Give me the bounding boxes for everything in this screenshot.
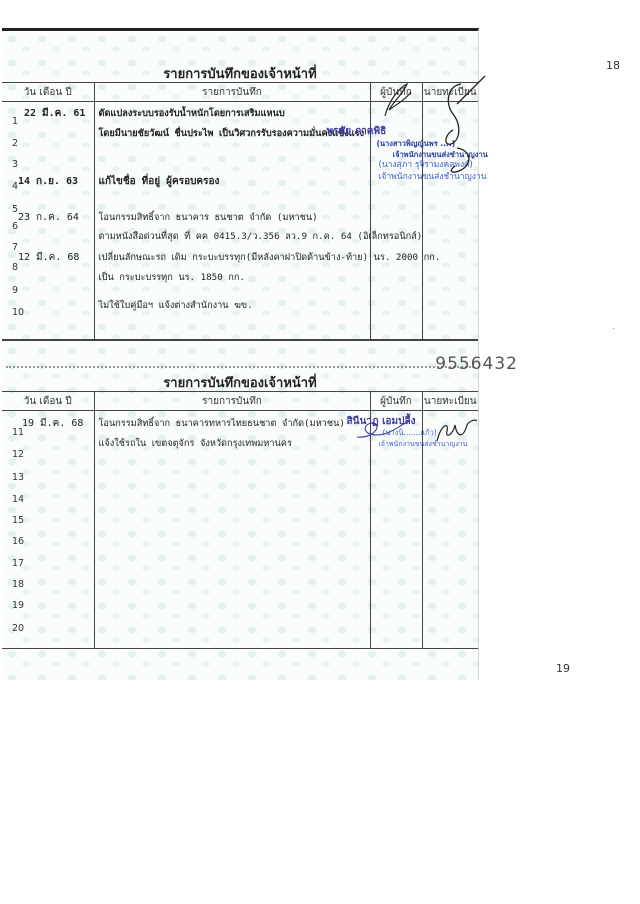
entry-date: 12 มี.ค. 68 <box>18 250 79 265</box>
table-bottom-rule <box>2 339 478 341</box>
document-serial-number: 9556432 <box>435 354 518 374</box>
page-number: 18 <box>606 59 620 72</box>
officer-log-table: วัน เดือน ปี รายการบันทึก ผู้บันทึก นายท… <box>2 391 478 649</box>
entry-line: แก้ไขชื่อ ที่อยู่ ผู้ครอบครอง <box>99 174 220 189</box>
column-header-entry: รายการบันทึก <box>94 83 370 102</box>
entry-date: 14 ก.ย. 63 <box>18 174 78 189</box>
registrar-stamp-line: เจ้าพนักงานขนส่งชำนาญงาน <box>379 439 468 450</box>
line-number: 17 <box>12 558 24 569</box>
entry-line: โอนกรรมสิทธิ์จาก ธนาคาร ธนชาต จำกัด (มหา… <box>99 210 318 225</box>
perforation-line <box>6 366 474 368</box>
entry-line: ดัดแปลงระบบรองรับน้ำหนักโดยการเสริมแหนบ <box>99 106 285 121</box>
entry-column: ดัดแปลงระบบรองรับน้ำหนักโดยการเสริมแหนบ … <box>94 102 370 340</box>
entry-line: แจ้งใช้รถใน เขตจตุจักร จังหวัดกรุงเทพมหา… <box>99 436 292 451</box>
line-number: 1 <box>12 116 18 127</box>
page-title: รายการบันทึกของเจ้าหน้าที่ <box>2 63 478 84</box>
entry-date: 23 ก.ค. 64 <box>18 210 79 225</box>
column-header-date: วัน เดือน ปี <box>2 392 94 411</box>
record-page-19: 9556432 รายการบันทึกของเจ้าหน้าที่ วัน เ… <box>2 358 479 680</box>
registrar-column <box>422 102 478 340</box>
line-number: 20 <box>12 623 24 634</box>
record-page-18: รายการบันทึกของเจ้าหน้าที่ 18 วัน เดือน … <box>2 28 479 361</box>
registrar-column: (นางนิ.......แก้ว) เจ้าพนักงานขนส่งชำนาญ… <box>422 411 478 649</box>
column-header-registrar: นายทะเบียน <box>422 83 478 102</box>
date-column: 11 12 13 14 15 16 17 18 19 20 19 มี.ค. 6… <box>2 411 94 649</box>
line-number: 15 <box>12 515 24 526</box>
page-number: 19 <box>556 662 570 675</box>
entry-date: 22 มี.ค. 61 <box>24 106 85 121</box>
line-number: 16 <box>12 536 24 547</box>
column-header-recorder: ผู้บันทึก <box>370 392 422 411</box>
line-number: 14 <box>12 494 24 505</box>
entry-line: เป็น กระบะบรรทุก นร. 1850 กก. <box>99 270 245 285</box>
entry-line: โดยมีนายชัยวัฒน์ ชื่นประไพ เป็นวิศวกรรับ… <box>99 126 365 141</box>
column-header-entry: รายการบันทึก <box>94 392 370 411</box>
registrar-stamp-line: (นางนิ.......แก้ว) <box>383 427 437 438</box>
recorder-column: (นางสาวพิญญ์ุนพร ....) เจ้าพนักงานขนส่งช… <box>370 102 422 340</box>
line-number: 2 <box>12 138 18 149</box>
margin-mark: . <box>612 322 615 332</box>
date-column: 1 2 3 4 5 6 7 8 9 10 22 มี.ค. 61 14 ก.ย.… <box>2 102 94 340</box>
column-header-registrar: นายทะเบียน <box>422 392 478 411</box>
officer-log-table: วัน เดือน ปี รายการบันทึก ผู้บันทึก นายท… <box>2 82 478 340</box>
line-number: 12 <box>12 449 24 460</box>
entry-line: โอนกรรมสิทธิ์จาก ธนาคารทหารไทยธนชาต จำกั… <box>99 416 345 431</box>
table-bottom-rule <box>2 648 478 649</box>
entry-line: ไม่ใช้ใบคู่มือฯ แจ้งต่างสำนักงาน ฆข. <box>99 298 253 313</box>
entry-date: 19 มี.ค. 68 <box>22 416 83 431</box>
column-header-date: วัน เดือน ปี <box>2 83 94 102</box>
entry-column: โอนกรรมสิทธิ์จาก ธนาคารทหารไทยธนชาต จำกั… <box>94 411 370 649</box>
line-number: 13 <box>12 472 24 483</box>
line-number: 18 <box>12 579 24 590</box>
line-number: 9 <box>12 285 18 296</box>
line-number: 3 <box>12 159 18 170</box>
line-number: 19 <box>12 600 24 611</box>
line-number: 10 <box>12 307 24 318</box>
column-header-recorder: ผู้บันทึก <box>370 83 422 102</box>
page-title: รายการบันทึกของเจ้าหน้าที่ <box>2 372 478 393</box>
